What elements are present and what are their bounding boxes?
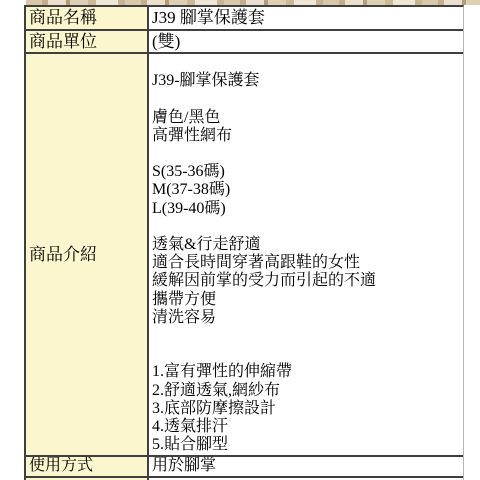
label-cell-product-unit: 商品單位 (26, 31, 149, 52)
value-cell-usage: 用於腳掌 (149, 457, 463, 476)
value-cell-product-name: J39 腳掌保護套 (149, 7, 463, 29)
table-row-usage: 使用方式 用於腳掌 (26, 457, 463, 478)
value-cell-product-intro: J39-腳掌保護套 膚色/黑色 高彈性網布 S(35-36碼) M(37-38碼… (149, 54, 463, 455)
label-cell-usage: 使用方式 (26, 457, 149, 476)
label-cell-product-name: 商品名稱 (26, 7, 149, 29)
table-row-product-unit: 商品單位 (雙) (26, 31, 463, 54)
table-row-product-intro: 商品介紹 J39-腳掌保護套 膚色/黑色 高彈性網布 S(35-36碼) M(3… (26, 54, 463, 457)
label-cell-product-intro: 商品介紹 (26, 54, 149, 455)
value-cell-product-unit: (雙) (149, 31, 463, 52)
product-intro-label-text: 商品介紹 (29, 245, 97, 265)
product-info-table: 商品名稱 J39 腳掌保護套 商品單位 (雙) 商品介紹 J39-腳掌保護套 膚… (24, 5, 464, 480)
table-row-product-name: 商品名稱 J39 腳掌保護套 (26, 7, 463, 31)
